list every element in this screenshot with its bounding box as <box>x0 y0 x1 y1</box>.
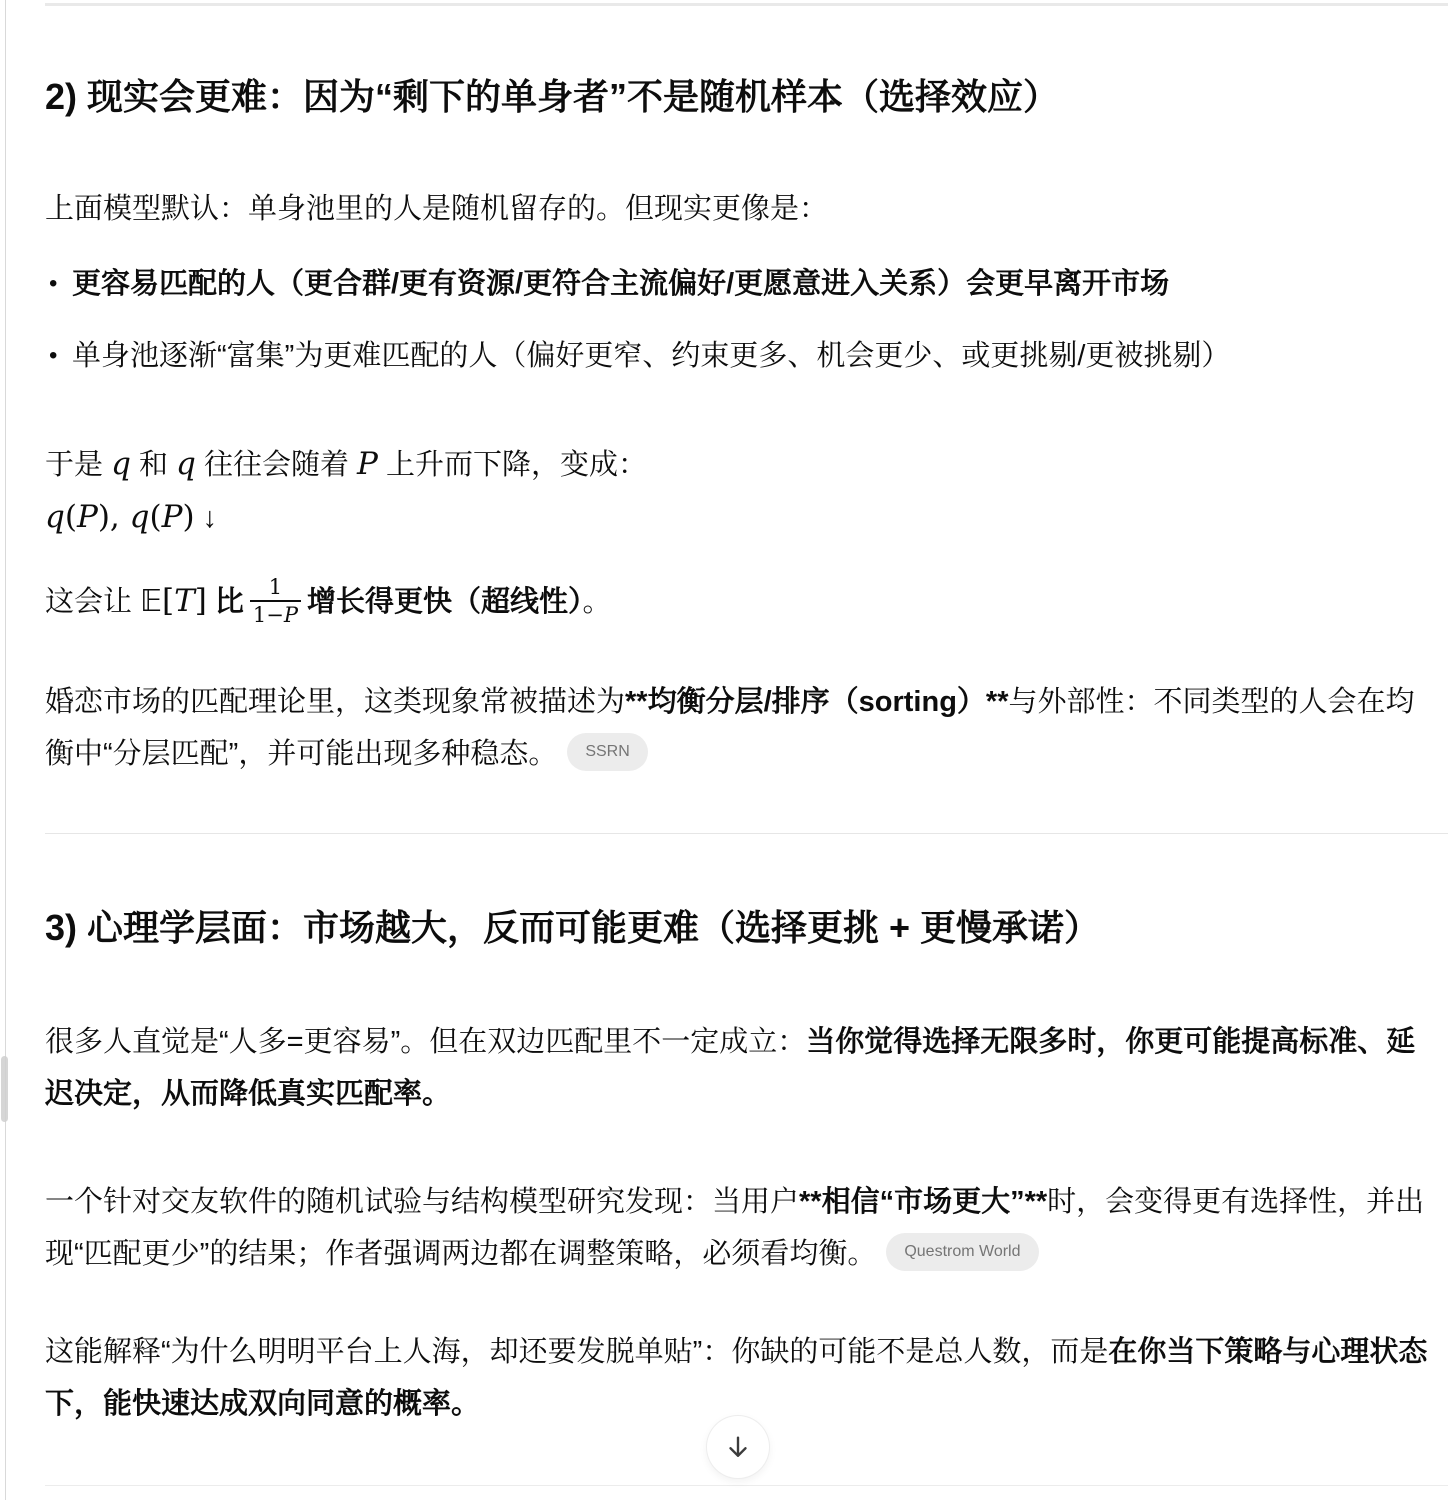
divider <box>45 3 1448 6</box>
divider <box>45 1485 1448 1486</box>
chat-page: { "meta": { "bg": "#ffffff", "text_color… <box>0 0 1448 1500</box>
divider <box>45 833 1448 834</box>
text-run: 上面模型默认：单身池里的人是随机留存的。但现实更像是： <box>45 193 828 225</box>
paragraph: 很多人直觉是“人多=更容易”。但在双边匹配里不一定成立：当你觉得选择无限多时，你… <box>45 1016 1428 1120</box>
message-content: 2) 现实会更难：因为“剩下的单身者”不是随机样本（选择效应）上面模型默认：单身… <box>0 3 1448 1486</box>
math-run: 𝔼 <box>140 584 162 619</box>
fraction-numerator: 1 <box>267 574 284 600</box>
text-run: 一个针对交友软件的随机试验与结构模型研究发现：当用户 <box>45 1186 799 1218</box>
text-run: 婚恋市场的匹配理论里，这类现象常被描述为 <box>45 686 625 718</box>
bullet-list: 更容易匹配的人（更合群/更有资源/更符合主流偏好/更愿意进入关系）会更早离开市场… <box>45 258 1428 382</box>
text-run: 增长得更快（超线性） <box>307 586 583 618</box>
text-run: 更容易匹配的人（更合群/更有资源/更符合主流偏好/更愿意进入关系）会更早离开市场 <box>72 268 1169 300</box>
citation-badge-ssrn[interactable]: SSRN <box>567 733 647 771</box>
math-run: [ <box>162 583 174 619</box>
math-run: P <box>357 446 378 482</box>
math-run: q <box>130 499 150 535</box>
math-run: ] <box>195 583 207 619</box>
math-run: q <box>176 446 196 482</box>
math-run: ), <box>98 499 130 535</box>
text-run: ↓ <box>195 502 218 534</box>
list-item: 更容易匹配的人（更合群/更有资源/更符合主流偏好/更愿意进入关系）会更早离开市场 <box>45 258 1428 310</box>
text-run: 这能解释“为什么明明平台上人海，却还要发脱单贴”：你缺的可能不是总人数，而是 <box>45 1336 1108 1368</box>
math-run: q <box>45 499 65 535</box>
math-fraction: 11−P <box>250 574 301 628</box>
paragraph: 于是 q 和 q 往往会随着 P 上升而下降，变成：q(P), q(P) ↓ <box>45 438 1428 544</box>
text-run: 和 <box>131 449 176 481</box>
text-run: 单身池逐渐“富集”为更难匹配的人（偏好更窄、约束更多、机会更少、或更挑剔/更被挑… <box>72 340 1230 372</box>
math-run: P <box>162 499 183 535</box>
text-run: **相信“市场更大”** <box>799 1186 1047 1218</box>
down-arrow-icon <box>723 1432 753 1462</box>
section-heading-3: 3) 心理学层面：市场越大，反而可能更难（选择更挑 + 更慢承诺） <box>45 905 1428 951</box>
math-run: 1− <box>253 603 284 627</box>
fraction-denominator: 1−P <box>250 600 301 628</box>
text-run: 于是 <box>45 449 111 481</box>
text-run: 。 <box>583 586 612 618</box>
math-run: ) <box>182 499 194 535</box>
math-run: P <box>77 499 98 535</box>
scroll-to-bottom-button[interactable] <box>706 1415 770 1479</box>
text-run: 很多人直觉是“人多=更容易”。但在双边匹配里不一定成立： <box>45 1026 806 1058</box>
text-run: **均衡分层/排序（sorting）** <box>625 686 1008 718</box>
text-run: 上升而下降，变成： <box>378 449 647 481</box>
text-run: 这会让 <box>45 586 140 618</box>
paragraph: 上面模型默认：单身池里的人是随机留存的。但现实更像是： <box>45 183 1428 235</box>
citation-badge-questrom-world[interactable]: Questrom World <box>886 1233 1038 1271</box>
math-run: P <box>284 603 298 627</box>
text-run: 比 <box>207 586 244 618</box>
paragraph: 婚恋市场的匹配理论里，这类现象常被描述为**均衡分层/排序（sorting）**… <box>45 676 1428 780</box>
paragraph: 一个针对交友软件的随机试验与结构模型研究发现：当用户**相信“市场更大”**时，… <box>45 1176 1428 1280</box>
text-run: 往往会随着 <box>196 449 357 481</box>
list-item: 单身池逐渐“富集”为更难匹配的人（偏好更窄、约束更多、机会更少、或更挑剔/更被挑… <box>45 330 1428 382</box>
section-heading-2: 2) 现实会更难：因为“剩下的单身者”不是随机样本（选择效应） <box>45 74 1428 120</box>
math-run: T <box>174 583 195 619</box>
math-run: q <box>111 446 131 482</box>
math-run: ( <box>150 499 162 535</box>
math-run: ( <box>65 499 77 535</box>
paragraph: 这会让 𝔼[T] 比11−P增长得更快（超线性）。 <box>45 569 1428 634</box>
